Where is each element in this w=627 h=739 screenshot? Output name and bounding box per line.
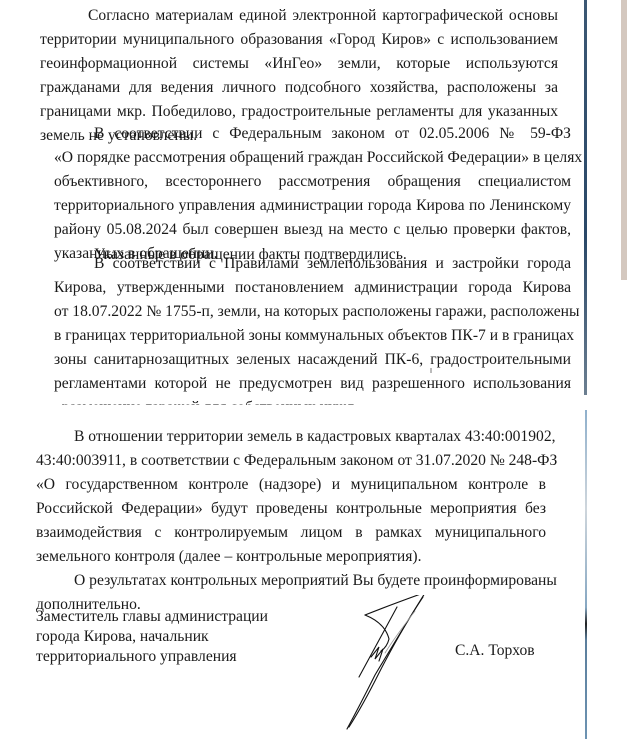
text-line: территории муниципального образования «Г…	[40, 28, 558, 52]
paragraph-land-use-rules: В соответствии с Правилами землепользова…	[54, 252, 571, 420]
text-line: объективного, всестороннего рассмотрения…	[54, 170, 571, 194]
text-line: Российской Федерации» будут проведены ко…	[36, 497, 546, 521]
text-line: О результатах контрольных мероприятий Вы…	[36, 569, 546, 593]
letter-page-top: Согласно материалам единой электронной к…	[0, 0, 585, 395]
text-line: зоны санитарнозащитных зеленых насаждени…	[54, 348, 571, 372]
text-line: территориального управления администраци…	[54, 194, 571, 218]
text-line: Заместитель главы администрации	[36, 607, 268, 627]
text-line: взаимодействия с контролируемым лицом в …	[36, 521, 546, 545]
text-line: в границах территориальной зоны коммунал…	[54, 324, 571, 348]
text-line: «О порядке рассмотрения обращений гражда…	[54, 146, 571, 170]
text-line: границами мкр. Победилово, градостроител…	[40, 100, 558, 124]
paragraph-cadastral-control: В отношении территории земель в кадастро…	[36, 425, 546, 569]
text-line: «О государственном контроле (надзоре) и …	[36, 473, 546, 497]
background-strip	[621, 0, 627, 280]
text-line: от 18.07.2022 № 1755-п, земли, на которы…	[54, 300, 571, 324]
text-line: геоинформационной системы «ИнГео» земли,…	[40, 52, 558, 76]
text-line: гражданами для ведения личного подсобног…	[40, 76, 558, 100]
text-line: регламентами которой не предусмотрен вид…	[54, 372, 571, 396]
text-line: В соответствии с Правилами землепользова…	[54, 252, 571, 276]
text-line: В соответствии с Федеральным законом от …	[54, 122, 571, 146]
letter-page-bottom: В отношении территории земель в кадастро…	[0, 405, 585, 739]
text-line: району 05.08.2024 был совершен выезд на …	[54, 218, 571, 242]
text-line: 43:40:003911, в соответствии с Федеральн…	[36, 449, 546, 473]
text-line: территориального управления	[36, 647, 268, 667]
signatory-name: С.А. Торхов	[455, 641, 535, 661]
signatory-position: Заместитель главы администрации города К…	[36, 607, 268, 667]
window-edge-divider	[584, 0, 587, 395]
scan-speck	[430, 368, 432, 373]
text-line: земельного контроля (далее – контрольные…	[36, 545, 546, 569]
handwritten-signature-icon	[335, 595, 445, 739]
text-line: Согласно материалам единой электронной к…	[40, 4, 558, 28]
text-line: города Кирова, начальник	[36, 627, 268, 647]
text-line: В отношении территории земель в кадастро…	[36, 425, 546, 449]
text-line: Кирова, утвержденными постановлением адм…	[54, 276, 571, 300]
